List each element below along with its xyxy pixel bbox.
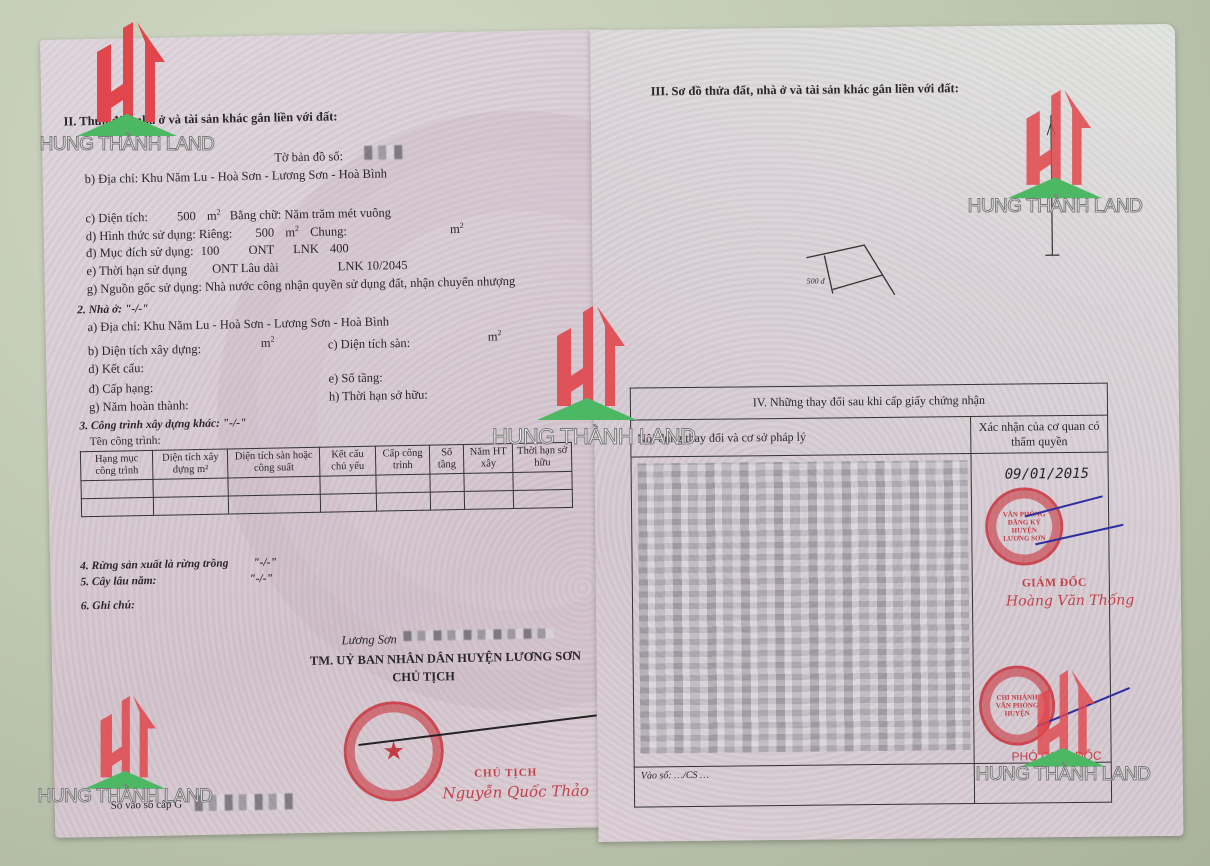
other-works-title-text: 3. Công trình xây dựng khác: — [79, 418, 220, 433]
private-label: Riêng: — [199, 227, 233, 242]
land-address-label: b) Địa chỉ: — [85, 171, 139, 186]
col-content-header: Nội dung thay đổi và cơ sở pháp lý — [631, 417, 971, 458]
svg-text:500 đ: 500 đ — [807, 277, 826, 286]
table-cell — [228, 476, 320, 496]
other-works-title: 3. Công trình xây dựng khác: "-/-" — [79, 418, 246, 433]
house-floor-area-label: c) Diện tích sàn: — [328, 337, 410, 351]
works-column-header: Thời hạn sở hữu — [513, 442, 572, 472]
seal-line: HUYỆN — [1012, 526, 1037, 534]
confirm-signer-name-1: Hoàng Văn Thống — [1006, 592, 1134, 609]
forest-value: "-/-" — [253, 557, 277, 569]
land-area-row: c) Diện tích: 500 m2 Bằng chữ: Năm trăm … — [85, 205, 391, 225]
unit-text: m — [488, 329, 498, 343]
works-column-header: Diện tích sàn hoặc công suất — [228, 447, 320, 478]
shared-label: Chung: — [310, 224, 347, 239]
registry-seal-1-icon: VĂN PHÒNG ĐĂNG KÝ HUYỆN LƯƠNG SƠN — [985, 487, 1064, 566]
house-address-label: a) Địa chỉ: — [87, 319, 140, 334]
north-arrow-icon — [1037, 105, 1069, 265]
term-value-ont: ONT Lâu dài — [212, 260, 279, 275]
table-cell — [513, 471, 572, 490]
certificate-left-page: II. Thửa đất, nhà ở và tài sản khác gắn … — [40, 29, 615, 838]
table-cell — [430, 474, 464, 493]
perennial-label: 5. Cây lâu năm: — [80, 575, 156, 588]
usage-form-label: d) Hình thức sử dụng: — [86, 227, 196, 243]
house-completion-label: g) Năm hoàn thành: — [89, 399, 189, 413]
other-works-title-value: "-/-" — [223, 417, 247, 429]
term-value-lnk: LNK 10/2045 — [338, 258, 408, 273]
house-floor-area-unit: m2 — [488, 329, 502, 343]
confirm-signer-title-1: GIÁM ĐỐC — [1022, 577, 1087, 590]
shared-unit: m — [450, 222, 460, 236]
house-build-area-label: b) Diện tích xây dựng: — [88, 343, 201, 358]
confirm-signer-title-2: PHÓ GIÁM ĐỐC — [1012, 749, 1102, 764]
map-sheet-label: Tờ bản đồ số: — [274, 150, 343, 164]
house-grade-label: đ) Cấp hạng: — [89, 382, 154, 396]
purpose-value-2: 400 — [330, 241, 349, 255]
table-cell — [464, 473, 514, 492]
works-column-header: Diện tích xây dựng m² — [153, 449, 229, 480]
purpose-label: đ) Mục đích sử dụng: — [86, 244, 194, 260]
purpose-value-1: 100 — [201, 244, 220, 258]
unit-text: m — [261, 336, 271, 350]
change-content-cell — [631, 454, 974, 768]
redacted-map-sheet — [364, 145, 404, 160]
house-build-area-unit: m2 — [261, 336, 275, 350]
table-cell — [153, 478, 229, 497]
table-cell — [320, 475, 376, 494]
private-value: 500 — [255, 226, 274, 240]
table-cell — [376, 474, 431, 493]
house-structure-label: d) Kết cấu: — [88, 362, 144, 376]
section-iv-title: IV. Những thay đổi sau khi cấp giấy chứn… — [630, 383, 1107, 420]
area-label: c) Diện tích: — [85, 210, 148, 225]
redacted-registry-number — [195, 793, 295, 811]
perennial-value: "-/-" — [249, 573, 273, 585]
land-address-value: Khu Năm Lu - Hoà Sơn - Lương Sơn - Hoà B… — [141, 166, 387, 185]
house-address: a) Địa chỉ: Khu Năm Lu - Hoà Sơn - Lương… — [87, 315, 389, 333]
seal-line: HUYỆN — [1004, 709, 1029, 717]
area-words-value: Năm trăm mét vuông — [284, 205, 391, 221]
table-cell — [320, 493, 376, 512]
stamp-signer-title: CHỦ TỊCH — [474, 767, 537, 780]
col-confirm-header: Xác nhận của cơ quan có thẩm quyền — [971, 415, 1108, 453]
table-cell — [464, 491, 514, 510]
house-floors-label: e) Số tầng: — [328, 371, 382, 385]
sign-place: Lương Sơn — [341, 633, 396, 647]
origin-row: g) Nguồn gốc sử dụng: Nhà nước công nhận… — [87, 275, 516, 296]
change-footer-confirm — [974, 762, 1111, 803]
table-cell — [229, 494, 321, 514]
redacted-change-content — [638, 460, 971, 753]
section-iii-title: III. Sơ đồ thửa đất, nhà ở và tài sản kh… — [651, 82, 959, 98]
term-row: e) Thời hạn sử dụng ONT Lâu dài LNK 10/2… — [86, 259, 407, 278]
table-cell — [431, 492, 465, 511]
plot-diagram-icon: 500 đ — [802, 237, 913, 308]
area-unit: m — [207, 209, 217, 223]
purpose-code-1: ONT — [248, 243, 274, 257]
private-unit: m — [285, 225, 295, 239]
land-address: b) Địa chỉ: Khu Năm Lu - Hoà Sơn - Lương… — [85, 167, 387, 185]
house-address-value: Khu Năm Lu - Hoà Sơn - Lương Sơn - Hoà B… — [143, 314, 389, 333]
other-works-table: Hạng mục công trìnhDiện tích xây dựng m²… — [80, 442, 573, 518]
house-ownership-term-label: h) Thời hạn sở hữu: — [329, 389, 428, 403]
signer-title: CHỦ TỊCH — [392, 670, 455, 684]
purpose-row: đ) Mục đích sử dụng: 100 ONT LNK 400 — [86, 242, 349, 260]
origin-value: Nhà nước công nhận quyền sử dụng đất, nh… — [205, 274, 515, 294]
works-column-header: Số tầng — [430, 444, 464, 474]
works-column-header: Năm HT xây — [463, 443, 513, 473]
usage-form-row: d) Hình thức sử dụng: Riêng: 500 m2 Chun… — [86, 222, 464, 243]
stamp-signer-name: Nguyễn Quốc Thảo — [442, 782, 589, 803]
seal-line: VĂN PHÒNG — [996, 701, 1039, 709]
official-seal-icon: ★ — [343, 700, 445, 802]
registry-seal-2-icon: CHI NHÁNH VĂN PHÒNG HUYỆN — [979, 665, 1056, 746]
change-footer: Vào sổ: …/CS … — [634, 764, 974, 808]
area-words-label: Bằng chữ: — [230, 208, 282, 223]
forest-row: 4. Rừng sản xuất là rừng trồng "-/-" — [80, 558, 277, 573]
forest-label: 4. Rừng sản xuất là rừng trồng — [80, 557, 229, 572]
works-column-header: Kết cấu chủ yếu — [319, 446, 376, 476]
certificate-right-page: III. Sơ đồ thửa đất, nhà ở và tài sản kh… — [590, 24, 1183, 842]
table-cell — [153, 496, 229, 515]
works-column-header: Hạng mục công trình — [80, 450, 153, 481]
registry-label: Số vào sổ cấp G — [111, 799, 183, 811]
perennial-row: 5. Cây lâu năm: "-/-" — [80, 574, 273, 589]
table-cell — [376, 492, 431, 511]
table-cell — [81, 498, 153, 517]
origin-label: g) Nguồn gốc sử dụng: — [87, 280, 202, 296]
table-cell — [514, 489, 573, 508]
house-title: 2. Nhà ở: "-/-" — [77, 304, 149, 317]
term-label: e) Thời hạn sử dụng — [86, 262, 187, 278]
notes-label: 6. Ghi chú: — [81, 600, 135, 613]
authority-title: TM. UỶ BAN NHÂN DÂN HUYỆN LƯƠNG SƠN — [310, 650, 581, 668]
purpose-code-2: LNK — [293, 242, 319, 256]
area-value: 500 — [177, 209, 196, 223]
section-ii-title: II. Thửa đất, nhà ở và tài sản khác gắn … — [63, 110, 337, 128]
works-column-header: Cấp công trình — [375, 445, 430, 475]
redacted-date — [403, 628, 553, 641]
works-name-label: Tên công trình: — [90, 436, 161, 449]
table-cell — [81, 480, 153, 499]
confirm-date-1: 09/01/2015 — [1005, 467, 1089, 482]
